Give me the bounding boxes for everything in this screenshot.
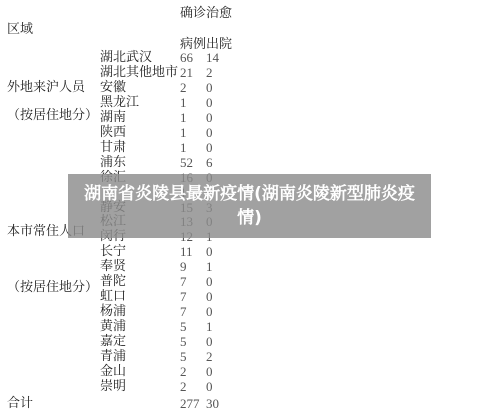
header-confirmed-line1: 确诊 — [180, 6, 206, 21]
row-area: 金山 — [100, 364, 126, 379]
row-confirmed: 21 — [180, 65, 193, 80]
row-cured: 0 — [206, 304, 213, 319]
row-area: 湖北其他地市 — [100, 65, 178, 80]
row-cured: 1 — [206, 259, 213, 274]
total-cured: 30 — [206, 396, 219, 411]
row-area: 杨浦 — [100, 304, 126, 319]
row-cured: 2 — [206, 65, 213, 80]
row-cured: 0 — [206, 274, 213, 289]
row-confirmed: 5 — [180, 349, 187, 364]
overlay-title: 湖南省炎陵县最新疫情(湖南炎陵新型肺炎疫情) — [80, 182, 420, 230]
header-region: 区域 — [7, 22, 33, 37]
row-cured: 0 — [206, 364, 213, 379]
row-confirmed: 2 — [180, 364, 187, 379]
row-cured: 0 — [206, 125, 213, 140]
row-cured: 0 — [206, 95, 213, 110]
row-confirmed: 1 — [180, 125, 187, 140]
row-area: 湖北武汉 — [100, 50, 152, 65]
group-sublabel-nonlocal: （按居住地分） — [7, 108, 98, 123]
row-confirmed: 1 — [180, 110, 187, 125]
row-area: 安徽 — [100, 80, 126, 95]
row-area: 黄浦 — [100, 319, 126, 334]
row-cured: 0 — [206, 334, 213, 349]
row-cured: 0 — [206, 80, 213, 95]
row-area: 长宁 — [100, 244, 126, 259]
row-area: 陕西 — [100, 125, 126, 140]
row-confirmed: 2 — [180, 80, 187, 95]
title-overlay-banner: 湖南省炎陵县最新疫情(湖南炎陵新型肺炎疫情) — [68, 174, 431, 238]
group-label-nonlocal: 外地来沪人员 — [7, 80, 85, 95]
row-confirmed: 52 — [180, 155, 193, 170]
row-cured: 1 — [206, 319, 213, 334]
row-area: 奉贤 — [100, 259, 126, 274]
group-sublabel-local: （按居住地分） — [7, 280, 98, 295]
row-area: 虹口 — [100, 289, 126, 304]
row-area: 青浦 — [100, 349, 126, 364]
row-area: 普陀 — [100, 274, 126, 289]
row-area: 甘肃 — [100, 140, 126, 155]
row-cured: 0 — [206, 379, 213, 394]
row-confirmed: 66 — [180, 50, 193, 65]
row-confirmed: 9 — [180, 259, 187, 274]
row-confirmed: 1 — [180, 95, 187, 110]
row-area: 嘉定 — [100, 334, 126, 349]
total-confirmed: 277 — [180, 396, 200, 411]
row-confirmed: 2 — [180, 379, 187, 394]
row-cured: 0 — [206, 110, 213, 125]
row-cured: 0 — [206, 289, 213, 304]
row-confirmed: 1 — [180, 140, 187, 155]
row-area: 黑龙江 — [100, 95, 139, 110]
row-cured: 2 — [206, 349, 213, 364]
row-cured: 0 — [206, 140, 213, 155]
row-area: 崇明 — [100, 379, 126, 394]
row-cured: 6 — [206, 155, 213, 170]
row-area: 湖南 — [100, 110, 126, 125]
row-confirmed: 5 — [180, 319, 187, 334]
row-area: 浦东 — [100, 155, 126, 170]
row-confirmed: 5 — [180, 334, 187, 349]
header-cured-line1: 治愈 — [206, 6, 232, 21]
row-confirmed: 11 — [180, 244, 193, 259]
row-cured: 0 — [206, 244, 213, 259]
row-confirmed: 7 — [180, 289, 187, 304]
row-confirmed: 7 — [180, 304, 187, 319]
row-cured: 14 — [206, 50, 219, 65]
total-label: 合计 — [7, 396, 33, 411]
row-confirmed: 7 — [180, 274, 187, 289]
